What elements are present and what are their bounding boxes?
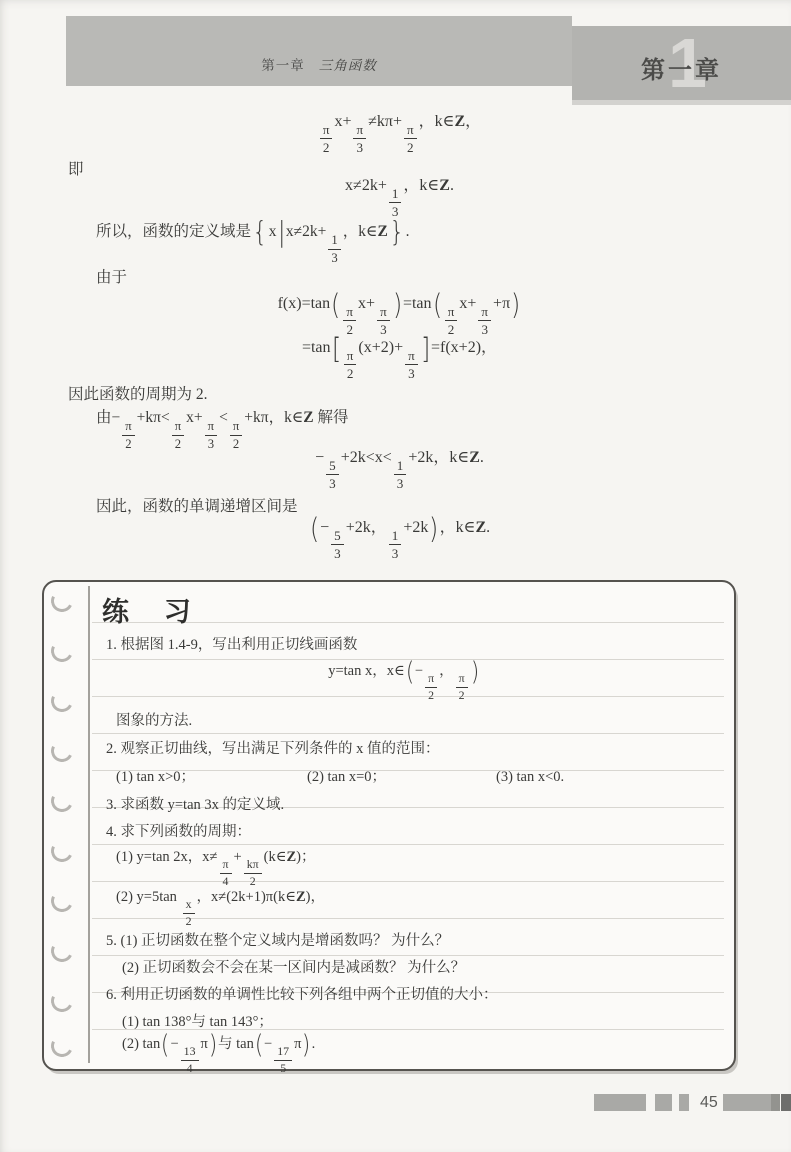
binding-ring-icon — [48, 1032, 76, 1060]
fraction: π2 — [456, 673, 468, 702]
chapter-tab-title: 第一章 — [572, 50, 791, 85]
formula-inequality-solved: −53+2k<x<13+2k，k∈Z. — [68, 450, 731, 490]
footer-square-3 — [771, 1094, 780, 1111]
math-segment: < — [219, 409, 228, 426]
math-segment: +kπ< — [137, 409, 170, 426]
math-segment: − — [415, 663, 423, 679]
exercise-item-4-sub1: (1) y=tan 2x，x≠π4+kπ2(k∈Z)； — [116, 850, 315, 888]
binding-ring-icon — [48, 587, 76, 615]
math-segment: ，x≠(2k+1)π(k∈ — [197, 889, 296, 905]
fraction: π2 — [172, 420, 184, 450]
math-segment: Z — [378, 223, 388, 240]
exercise-item-1: 1. 根据图 1.4-9，写出利用正切线画函数 — [106, 636, 357, 655]
math-segment: =tan — [403, 295, 432, 312]
exercise-item-1-formula: y=tan x，x∈(−π2，π2) — [94, 664, 714, 702]
math-segment: 所以，函数的定义域是 — [96, 223, 251, 240]
math-segment: . — [406, 223, 410, 240]
binding-ring-icon — [48, 837, 76, 865]
math-segment: y=tan x，x∈ — [328, 663, 405, 679]
fraction: π2 — [404, 123, 417, 154]
math-segment: x+ — [186, 409, 203, 426]
running-head: 第一章三角函数 — [66, 54, 572, 74]
math-segment: +kπ，k∈ — [244, 409, 303, 426]
math-segment: ，k∈ — [403, 177, 439, 194]
fraction: 53 — [331, 529, 344, 560]
footer-bar-2 — [723, 1094, 771, 1111]
fraction: 13 — [389, 529, 402, 560]
math-segment: (2) tan — [122, 1036, 160, 1052]
chapter-tab: 1 第一章 — [572, 26, 791, 100]
math-segment: Z — [296, 889, 306, 905]
running-head-chapter: 第一章 — [261, 58, 305, 73]
exercise-item-2-sub2: (2) tan x=0； — [307, 768, 386, 787]
math-segment: . — [480, 449, 484, 466]
math-segment: ，k∈ — [419, 113, 455, 130]
exercise-item-2-sub1: (1) tan x>0； — [116, 768, 195, 787]
fraction: π3 — [478, 305, 491, 336]
fraction: 13 — [328, 234, 340, 264]
word-youyu: 由于 — [96, 268, 127, 289]
fraction: π2 — [425, 673, 437, 702]
exercise-box: 练 习 1. 根据图 1.4-9，写出利用正切线画函数 y=tan x，x∈(−… — [42, 580, 736, 1071]
math-segment: x≠2k+ — [286, 223, 327, 240]
fraction: x2 — [183, 899, 195, 928]
margin-rule — [88, 586, 90, 1063]
binding-ring-icon — [48, 937, 76, 965]
math-segment: − — [264, 1036, 272, 1052]
math-segment: − — [170, 1036, 178, 1052]
math-segment: )， — [306, 889, 325, 905]
binding-ring-icon — [48, 887, 76, 915]
line-domain: 所以，函数的定义域是{x|x≠2k+13，k∈Z}. — [96, 224, 409, 264]
math-segment: (x+2)+ — [358, 339, 403, 356]
math-segment: π — [201, 1036, 208, 1052]
header-band: 第一章三角函数 — [66, 16, 572, 86]
line-monotonic: 因此，函数的单调递增区间是 — [96, 497, 298, 518]
fraction: π3 — [405, 349, 418, 380]
formula-inequality-setup: 由−π2+kπ<π2x+π3<π2+kπ，k∈Z 解得 — [96, 410, 349, 450]
binding-ring-icon — [48, 987, 76, 1015]
math-segment: )； — [296, 849, 315, 865]
binding-ring-icon — [48, 787, 76, 815]
math-segment: − — [320, 519, 329, 536]
fraction: π2 — [230, 420, 242, 450]
math-segment: +2k<x< — [341, 449, 392, 466]
footer-bar-1 — [594, 1094, 646, 1111]
fraction: 134 — [181, 1046, 199, 1075]
exercise-item-4: 4. 求下列函数的周期： — [106, 823, 251, 842]
footer-square-1 — [655, 1094, 672, 1111]
math-segment: Z — [454, 113, 465, 130]
math-segment: (2) y=5tan — [116, 889, 181, 905]
math-segment: . — [486, 519, 490, 536]
fraction: π2 — [320, 123, 333, 154]
math-segment: ，k∈ — [343, 223, 378, 240]
exercise-item-4-sub2: (2) y=5tan x2，x≠(2k+1)π(k∈Z)， — [116, 890, 325, 928]
exercise-item-5-sub1: 5. (1) 正切函数在整个定义域内是增函数吗？ 为什么？ — [106, 932, 449, 951]
fraction: π2 — [343, 305, 356, 336]
math-segment: + — [234, 849, 242, 865]
fraction: 175 — [274, 1046, 292, 1075]
math-segment: +2k — [403, 519, 428, 536]
exercise-item-6: 6. 利用正切函数的单调性比较下列各组中两个正切值的大小： — [106, 986, 498, 1005]
math-segment: ，k∈ — [440, 519, 476, 536]
exercise-item-2-sub3: (3) tan x<0. — [496, 768, 564, 787]
fraction: 53 — [326, 459, 339, 490]
math-segment: +2k， — [346, 519, 387, 536]
math-segment: 与 tan — [218, 1036, 254, 1052]
math-segment: 由− — [96, 409, 120, 426]
math-segment: ， — [465, 113, 481, 130]
fraction: 13 — [389, 187, 402, 218]
footer-square-4 — [781, 1094, 791, 1111]
binding-ring-icon — [48, 687, 76, 715]
exercise-item-3: 3. 求函数 y=tan 3x 的定义域. — [106, 796, 284, 815]
math-segment: Z — [475, 519, 486, 536]
math-segment: x≠2k+ — [345, 177, 387, 194]
math-segment: +2k，k∈ — [408, 449, 469, 466]
math-segment: =f(x+2)， — [431, 339, 497, 356]
formula-fx-line2: =tan[π2(x+2)+π3]=f(x+2)， — [68, 340, 731, 380]
math-segment: − — [315, 449, 324, 466]
formula-x-neq: x≠2k+13，k∈Z. — [68, 178, 731, 218]
math-segment: . — [312, 1036, 316, 1052]
math-segment: (1) y=tan 2x，x≠ — [116, 849, 218, 865]
fraction: π3 — [377, 305, 390, 336]
exercise-item-2: 2. 观察正切曲线，写出满足下列条件的 x 值的范围： — [106, 740, 440, 759]
footer-square-2 — [679, 1094, 689, 1111]
exercise-title: 练 习 — [102, 590, 205, 629]
math-segment: ， — [439, 663, 454, 679]
math-segment: x+ — [358, 295, 375, 312]
math-segment: f(x)=tan — [278, 295, 331, 312]
math-segment: Z — [303, 409, 313, 426]
math-segment: . — [450, 177, 454, 194]
math-segment: Z — [469, 449, 480, 466]
math-segment: x — [269, 223, 277, 240]
exercise-item-6-sub2: (2) tan(−134π)与 tan(−175π). — [122, 1037, 315, 1075]
fraction: π2 — [445, 305, 458, 336]
math-segment: 解得 — [314, 409, 349, 426]
fraction: π4 — [220, 859, 232, 888]
exercise-item-5-sub2: (2) 正切函数会不会在某一区间内是减函数？ 为什么？ — [122, 959, 465, 978]
running-head-subject: 三角函数 — [319, 58, 377, 73]
textbook-page: 第一章三角函数 1 第一章 π2x+π3≠kπ+π2，k∈Z， 即 x≠2k+1… — [0, 0, 791, 1152]
exercise-item-1-cont: 图象的方法. — [116, 712, 192, 731]
fraction: π3 — [205, 420, 217, 450]
math-segment: ≠kπ+ — [368, 113, 402, 130]
binding-ring-icon — [48, 637, 76, 665]
math-segment: +π — [493, 295, 510, 312]
math-segment: Z — [439, 177, 450, 194]
formula-tangent-condition: π2x+π3≠kπ+π2，k∈Z， — [68, 114, 731, 154]
fraction: π2 — [122, 420, 134, 450]
fraction: π2 — [344, 349, 357, 380]
math-segment: (k∈ — [264, 849, 287, 865]
math-segment: x+ — [459, 295, 476, 312]
math-segment: =tan — [302, 339, 331, 356]
page-number: 45 — [700, 1094, 718, 1112]
formula-fx-line1: f(x)=tan(π2x+π3)=tan(π2x+π3+π) — [68, 296, 731, 336]
fraction: kπ2 — [244, 859, 262, 888]
fraction: π3 — [353, 123, 366, 154]
math-segment: x+ — [334, 113, 351, 130]
line-period: 因此函数的周期为 2. — [68, 385, 208, 406]
math-segment: π — [294, 1036, 301, 1052]
binding-ring-icon — [48, 737, 76, 765]
fraction: 13 — [394, 459, 407, 490]
exercise-item-6-sub1: (1) tan 138°与 tan 143°； — [122, 1013, 273, 1032]
formula-increasing-interval: (−53+2k，13+2k)，k∈Z. — [68, 520, 731, 560]
math-segment: Z — [286, 849, 296, 865]
